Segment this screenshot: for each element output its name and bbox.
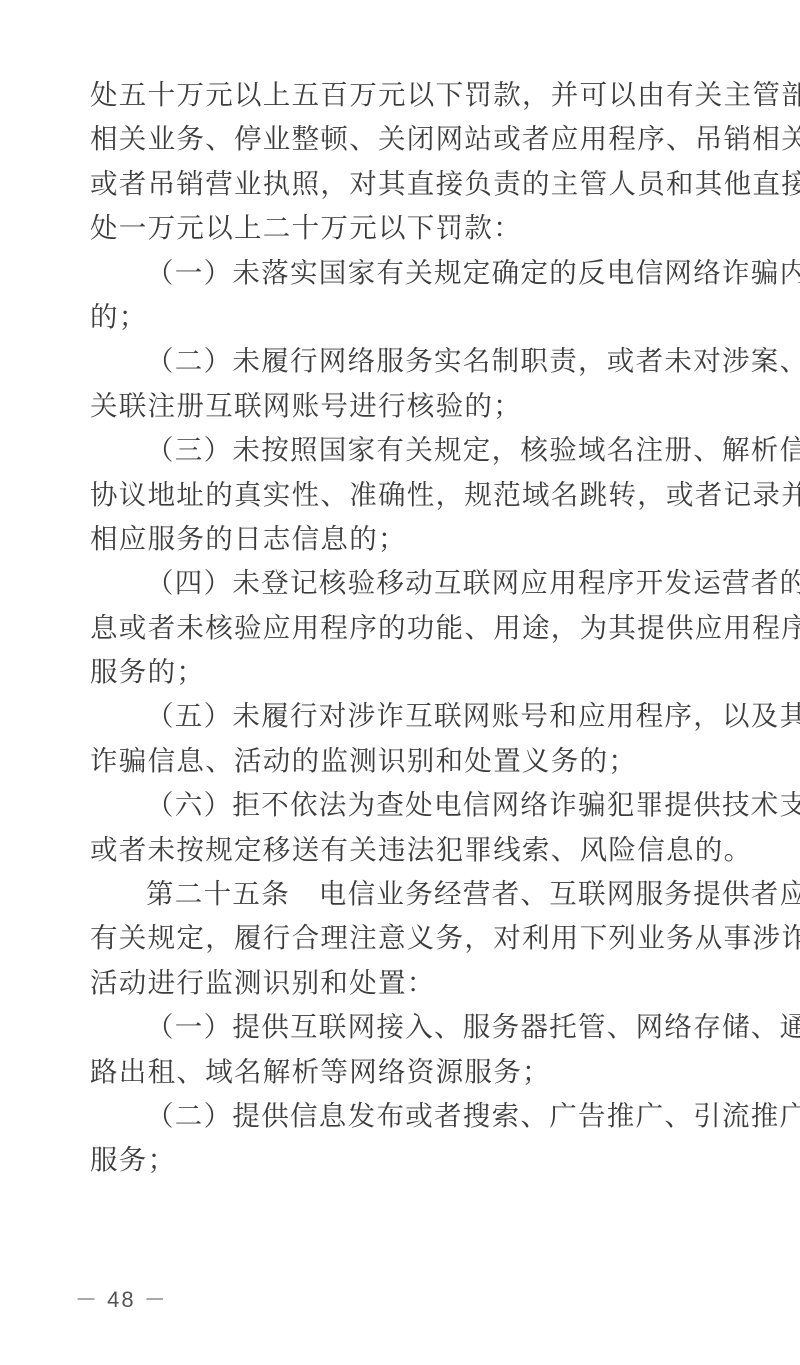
text-line: 处一万元以上二十万元以下罚款：	[90, 206, 730, 250]
list-item-4-line: （四）未登记核验移动互联网应用程序开发运营者的真实身份信	[90, 561, 730, 605]
text-line: 诈骗信息、活动的监测识别和处置义务的；	[90, 739, 730, 783]
text-line: 活动进行监测识别和处置：	[90, 961, 730, 1005]
text-line: 的；	[90, 295, 730, 339]
text-line: 协议地址的真实性、准确性，规范域名跳转，或者记录并留存所提供	[90, 473, 730, 517]
list-item-2-line: （二）未履行网络服务实名制职责，或者未对涉案、涉诈电话卡	[90, 339, 730, 383]
article-25-item-2-line: （二）提供信息发布或者搜索、广告推广、引流推广等网络推广	[90, 1094, 730, 1138]
text-line: 相应服务的日志信息的；	[90, 517, 730, 561]
text-line: 有关规定，履行合理注意义务，对利用下列业务从事涉诈支持、帮助	[90, 916, 730, 960]
article-25-item-1-line: （一）提供互联网接入、服务器托管、网络存储、通讯传输、线	[90, 1005, 730, 1049]
list-item-1-line: （一）未落实国家有关规定确定的反电信网络诈骗内部控制机制	[90, 251, 730, 295]
page-number: － 48 －	[75, 1283, 168, 1314]
document-body: 处五十万元以上五百万元以下罚款，并可以由有关主管部门责令暂停 相关业务、停业整顿…	[90, 73, 730, 1183]
text-line: 或者吊销营业执照，对其直接负责的主管人员和其他直接责任人员，	[90, 162, 730, 206]
text-line: 息或者未核验应用程序的功能、用途，为其提供应用程序封装、分发	[90, 606, 730, 650]
list-item-6-line: （六）拒不依法为查处电信网络诈骗犯罪提供技术支持和协助，	[90, 783, 730, 827]
list-item-3-line: （三）未按照国家有关规定，核验域名注册、解析信息和互联网	[90, 428, 730, 472]
article-25-heading-line: 第二十五条 电信业务经营者、互联网服务提供者应当依照国家	[90, 872, 730, 916]
text-line: 相关业务、停业整顿、关闭网站或者应用程序、吊销相关业务许可证	[90, 117, 730, 161]
text-line: 服务；	[90, 1138, 730, 1182]
list-item-5-line: （五）未履行对涉诈互联网账号和应用程序，以及其他电信网络	[90, 694, 730, 738]
text-line: 服务的；	[90, 650, 730, 694]
text-line: 处五十万元以上五百万元以下罚款，并可以由有关主管部门责令暂停	[90, 73, 730, 117]
text-line: 关联注册互联网账号进行核验的；	[90, 384, 730, 428]
text-line: 或者未按规定移送有关违法犯罪线索、风险信息的。	[90, 828, 730, 872]
text-line: 路出租、域名解析等网络资源服务；	[90, 1050, 730, 1094]
